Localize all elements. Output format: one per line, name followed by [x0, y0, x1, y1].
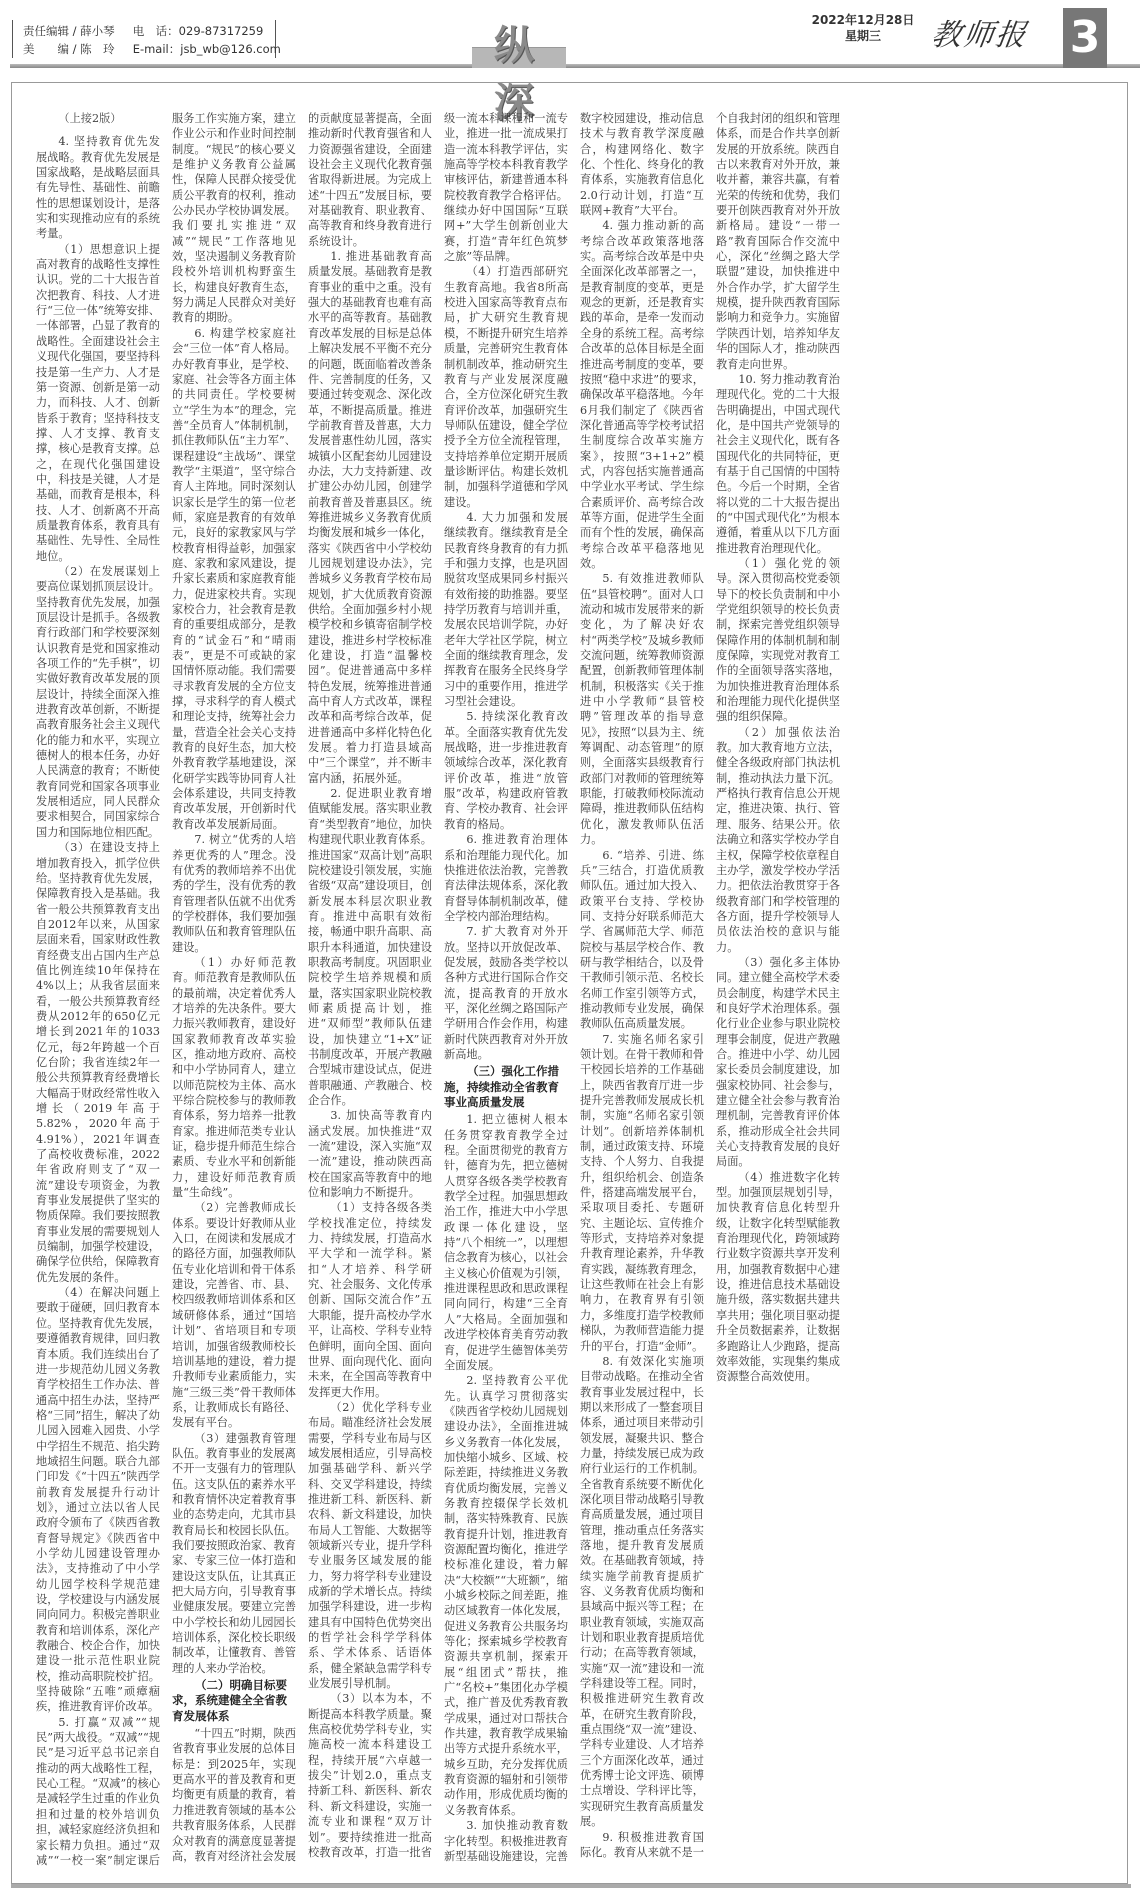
article-paragraph: （2）在发展谋划上要高位谋划抓顶层设计。坚持教育优先发展，加强顶层设计是抓手。各… [36, 564, 160, 840]
section-tab: 纵深 [472, 14, 566, 68]
date-block: 2022年12月28日 星期三 [808, 12, 918, 44]
article-paragraph: （3）在建设支持上增加教育投入，抓学位供给。坚持教育优先发展，保障教育投入是基础… [36, 840, 160, 1285]
editor-line-1: 责任编辑 / 薛小琴电 话：029-87317259 [23, 23, 263, 39]
article-paragraph: 2. 促进职业教育增值赋能发展。落实职业教育“类型教育”地位，加快构建现代职业教… [308, 786, 432, 1108]
email-label: E-mail：jsb_wb@126.com [133, 42, 281, 56]
designer-label: 美 编 / 陈 玲 [23, 42, 115, 56]
issue-date: 2022年12月28日 [808, 12, 918, 28]
article-paragraph: 7. 扩大教育对外开放。坚持以开放促改革、促发展，鼓励各类学校以各种方式进行国际… [444, 924, 568, 1062]
article-box-shadow [11, 1884, 1131, 1888]
article-paragraph: （4）在解决问题上要敢于碰硬，回归教育本位。坚持教育优先发展，要遵循教育规律，回… [36, 1285, 160, 1715]
article-paragraph: 1. 推进基础教育高质量发展。基础教育是教育事业的重中之重。没有强大的基础教育也… [308, 249, 432, 786]
issue-weekday: 星期三 [808, 28, 918, 44]
phone-label: 电 话：029-87317259 [133, 24, 264, 38]
editor-line-2: 美 编 / 陈 玲E-mail：jsb_wb@126.com [23, 41, 281, 57]
article-paragraph: 3. 加快高等教育内涵式发展。加快推进“双一流”建设，深入实施“双一流”建设，推… [308, 1108, 432, 1200]
article-paragraph: 6. “培养、引进、练兵”三结合，打造优质教师队伍。通过加大投入、政策平台支持、… [580, 848, 704, 1032]
article-paragraph: 7. 实施名师名家引领计划。在骨干教师和骨干校园长培养的工作基础上，陕西省教育厅… [580, 1032, 704, 1354]
article-box: （上接2版） 4. 坚持教育优先发展战略。教育优先发展是国家战略，是战略层面具有… [11, 82, 1128, 1884]
article-paragraph: （1）支持各级各类学校找准定位，持续发力、持续发展，打造高水平大学和一流学科。紧… [308, 1200, 432, 1399]
article-paragraph: （2）优化学科专业布局。瞄准经济社会发展需要，学科专业布局与区域发展相适应，引导… [308, 1400, 432, 1692]
page-number: 3 [1063, 8, 1107, 68]
section-subheading: （二）明确目标要求，系统建健全全省教育发展体系 [172, 1678, 296, 1724]
article-paragraph: （4）推进数字化转型。加强顶层规划引导，加快教育信息化转型升级，让数字化转型赋能… [716, 1170, 840, 1385]
article-paragraph: （4）打造西部研究生教育高地。我省8所高校进入国家高等教育点布局，扩大研究生教育… [444, 264, 568, 510]
article-paragraph: （2）完善教师成长体系。要设计好教师从业入口，在阅读和发展成才的路径方面，加强教… [172, 1200, 296, 1430]
header-rule [10, 64, 1140, 68]
article-paragraph: （3）建强教育管理队伍。教育事业的发展离不开一支强有力的管理队伍。这支队伍的素养… [172, 1431, 296, 1677]
article-paragraph: （2）加强依法治教。加大教育地方立法，健全各级政府部门执法机制，推动执法力量下沉… [716, 725, 840, 955]
masthead-logo: 教师报 [929, 10, 1035, 54]
section-subheading: （三）强化工作措施，持续推动全省教育事业高质量发展 [444, 1064, 568, 1110]
article-paragraph: 7. 树立“优秀的人培养更优秀的人”理念。没有优秀的教师培养不出优秀的学生，没有… [172, 832, 296, 955]
article-paragraph: （1）思想意识上提高对教育的战略性支撑性认识。党的二十大报告首次把教育、科技、人… [36, 242, 160, 564]
continued-note: （上接2版） [58, 111, 160, 126]
article-paragraph: （1）强化党的领导。深入贯彻高校党委领导下的校长负责制和中小学党组织领导的校长负… [716, 556, 840, 725]
article-paragraph: 8. 有效深化实施项目带动战略。在推动全省教育事业发展过程中，长期以来形成了一整… [580, 1354, 704, 1830]
article-columns: （上接2版） 4. 坚持教育优先发展战略。教育优先发展是国家战略，是战略层面具有… [36, 111, 1112, 1869]
article-paragraph: （1）办好师范教育。师范教育是教师队伍的最前端，决定着优秀人才培养的先决条件。要… [172, 955, 296, 1201]
page-header: 责任编辑 / 薛小琴电 话：029-87317259 美 编 / 陈 玲E-ma… [0, 0, 1140, 72]
editor-label: 责任编辑 / 薛小琴 [23, 24, 115, 38]
article-paragraph: 2. 坚持教育公平优先。认真学习贯彻落实《陕西省学校幼儿园规划建设办法》，全面推… [444, 1373, 568, 1818]
article-paragraph: 4. 强力推动新的高考综合改革政策落地落实。高考综合改革是中央全面深化改革部署之… [580, 218, 704, 571]
editor-info: 责任编辑 / 薛小琴电 话：029-87317259 美 编 / 陈 玲E-ma… [12, 20, 276, 58]
article-paragraph: （3）强化多主体协同。建立健全高校学术委员会制度，构建学术民主和良好学术治理体系… [716, 955, 840, 1170]
article-paragraph: 4. 大力加强和发展继续教育。继续教育是全民教育终身教育的有力抓手和强力支撑，也… [444, 510, 568, 709]
article-paragraph: 10. 努力推动教育治理现代化。党的二十大报告明确提出，中国式现代化，是中国共产… [716, 372, 840, 556]
article-paragraph: 5. 持续深化教育改革。全面落实教育优先发展战略，进一步推进教育领域综合改革，深… [444, 709, 568, 832]
article-paragraph: 4. 坚持教育优先发展战略。教育优先发展是国家战略，是战略层面具有先导性、基础性… [36, 134, 160, 241]
article-paragraph: 5. 有效推进教师队伍“县管校聘”。面对人口流动和城市发展带来的新变化，为了解决… [580, 571, 704, 847]
article-paragraph: 6. 推进教育治理体系和治理能力现代化。加快推进依法治教，完善教育法律法规体系，… [444, 832, 568, 924]
article-paragraph: 1. 把立德树人根本任务贯穿教育教学全过程。全面贯彻党的教育方针，德育为先，把立… [444, 1112, 568, 1373]
article-paragraph: 6. 构建学校家庭社会“三位一体”育人格局。办好教育事业，是学校、家庭、社会等各… [172, 326, 296, 832]
